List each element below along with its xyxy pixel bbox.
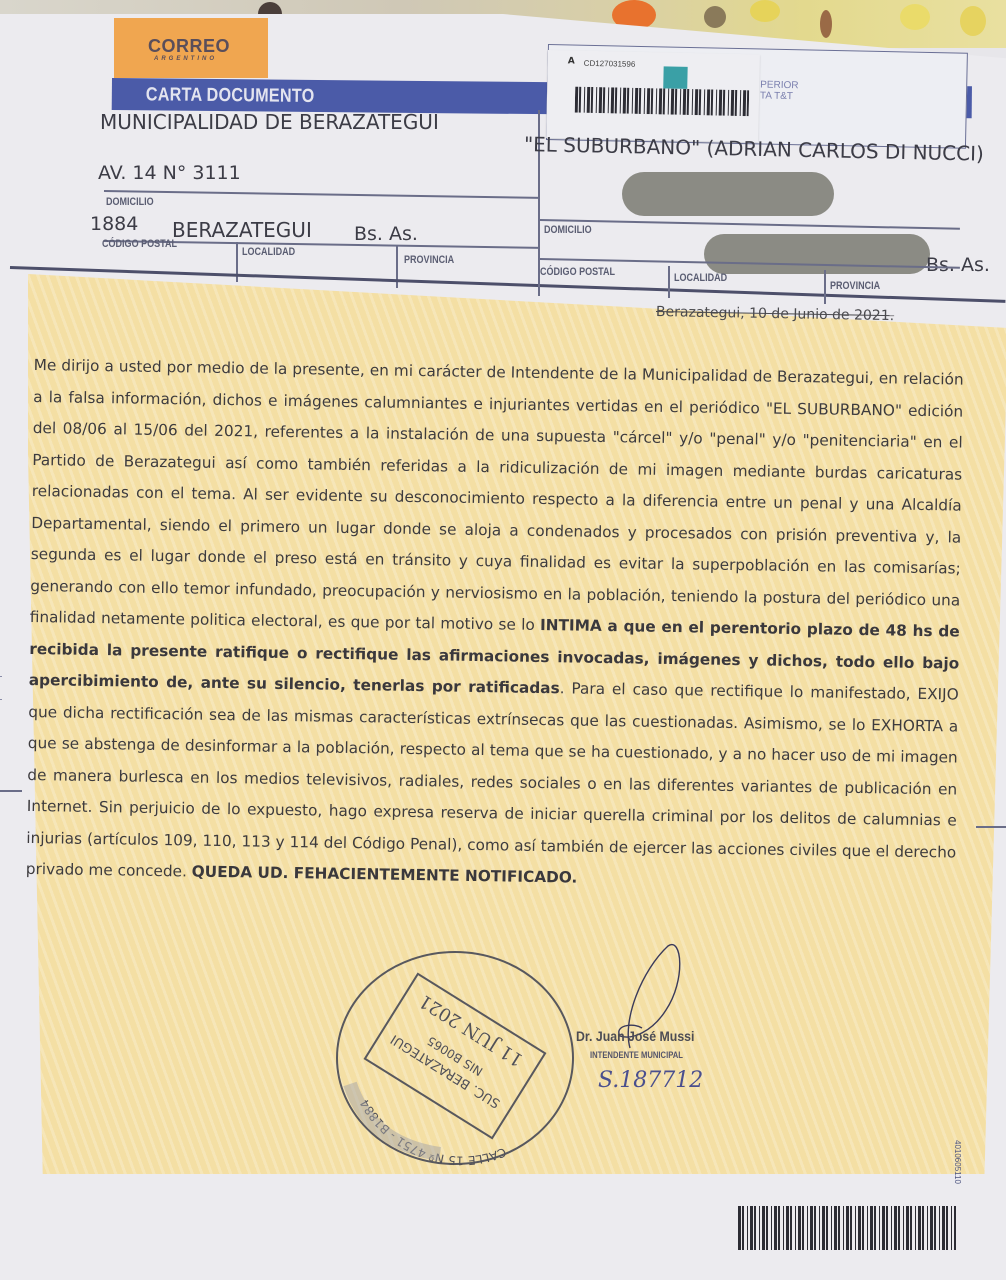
divider	[0, 790, 22, 792]
label-provincia: PROVINCIA	[404, 254, 454, 266]
tracking-code: CD127031596	[584, 59, 636, 69]
tracking-barcode	[575, 87, 750, 117]
form-title: CARTA DOCUMENTO	[146, 84, 315, 108]
letter-paragraph-1: Me dirijo a usted por medio de la presen…	[30, 356, 964, 634]
redacted-recipient-address	[622, 172, 834, 216]
label-codigo-postal-recipient: CÓDIGO POSTAL	[540, 266, 615, 278]
sender-postal-code: 1884	[90, 213, 138, 235]
divider	[976, 826, 1006, 828]
left-edge-text: ɯɐp ɹod ɐɹɐd	[0, 640, 2, 701]
logo-word: CORREO	[148, 36, 230, 57]
label-domicilio: DOMICILIO	[106, 196, 154, 208]
divider	[668, 266, 670, 298]
sender-name: MUNICIPALIDAD DE BERAZATEGUI	[100, 110, 439, 134]
label-localidad-recipient: LOCALIDAD	[674, 272, 727, 284]
recipient-province: Bs. As.	[926, 254, 990, 276]
divider	[824, 270, 826, 304]
vertical-serial-code: 4010605110	[953, 1140, 962, 1184]
letter-paragraph-2: . Para el caso que rectifique lo manifes…	[26, 679, 959, 880]
redacted-recipient-locality	[704, 234, 930, 274]
label-provincia-recipient: PROVINCIA	[830, 280, 880, 292]
teal-marker-icon	[663, 66, 687, 88]
label-codigo-postal: CÓDIGO POSTAL	[102, 238, 177, 250]
signatory-title: INTENDENTE MUNICIPAL	[590, 1050, 683, 1060]
correo-argentino-logo: CORREO ARGENTINO	[114, 18, 268, 78]
letter-closing: QUEDA UD. FEHACIENTEMENTE NOTIFICADO.	[192, 863, 578, 887]
signatory-number: S.187712	[598, 1068, 703, 1093]
tracking-letter: A	[568, 56, 575, 66]
label-domicilio-recipient: DOMICILIO	[544, 224, 592, 236]
logo-subtitle: ARGENTINO	[154, 56, 217, 62]
sender-province: Bs. As.	[354, 223, 418, 245]
sender-address: AV. 14 N° 3111	[98, 162, 241, 184]
corner-text-2: TA T&T	[760, 90, 799, 102]
sender-locality: BERAZATEGUI	[172, 218, 312, 242]
tracking-corner-text: PERIOR TA T&T	[760, 79, 799, 102]
bottom-barcode	[738, 1206, 956, 1250]
signatory-name: Dr. Juan José Mussi	[576, 1028, 694, 1044]
tracking-label: A CD127031596	[546, 50, 760, 142]
label-localidad: LOCALIDAD	[242, 246, 295, 258]
postal-stamp: SUC. BERAZATEGUI NIS B0065 11 JUN 2021 C…	[330, 944, 580, 1168]
letter-body: Me dirijo a usted por medio de la presen…	[26, 350, 964, 900]
corner-text-1: PERIOR	[760, 79, 799, 91]
